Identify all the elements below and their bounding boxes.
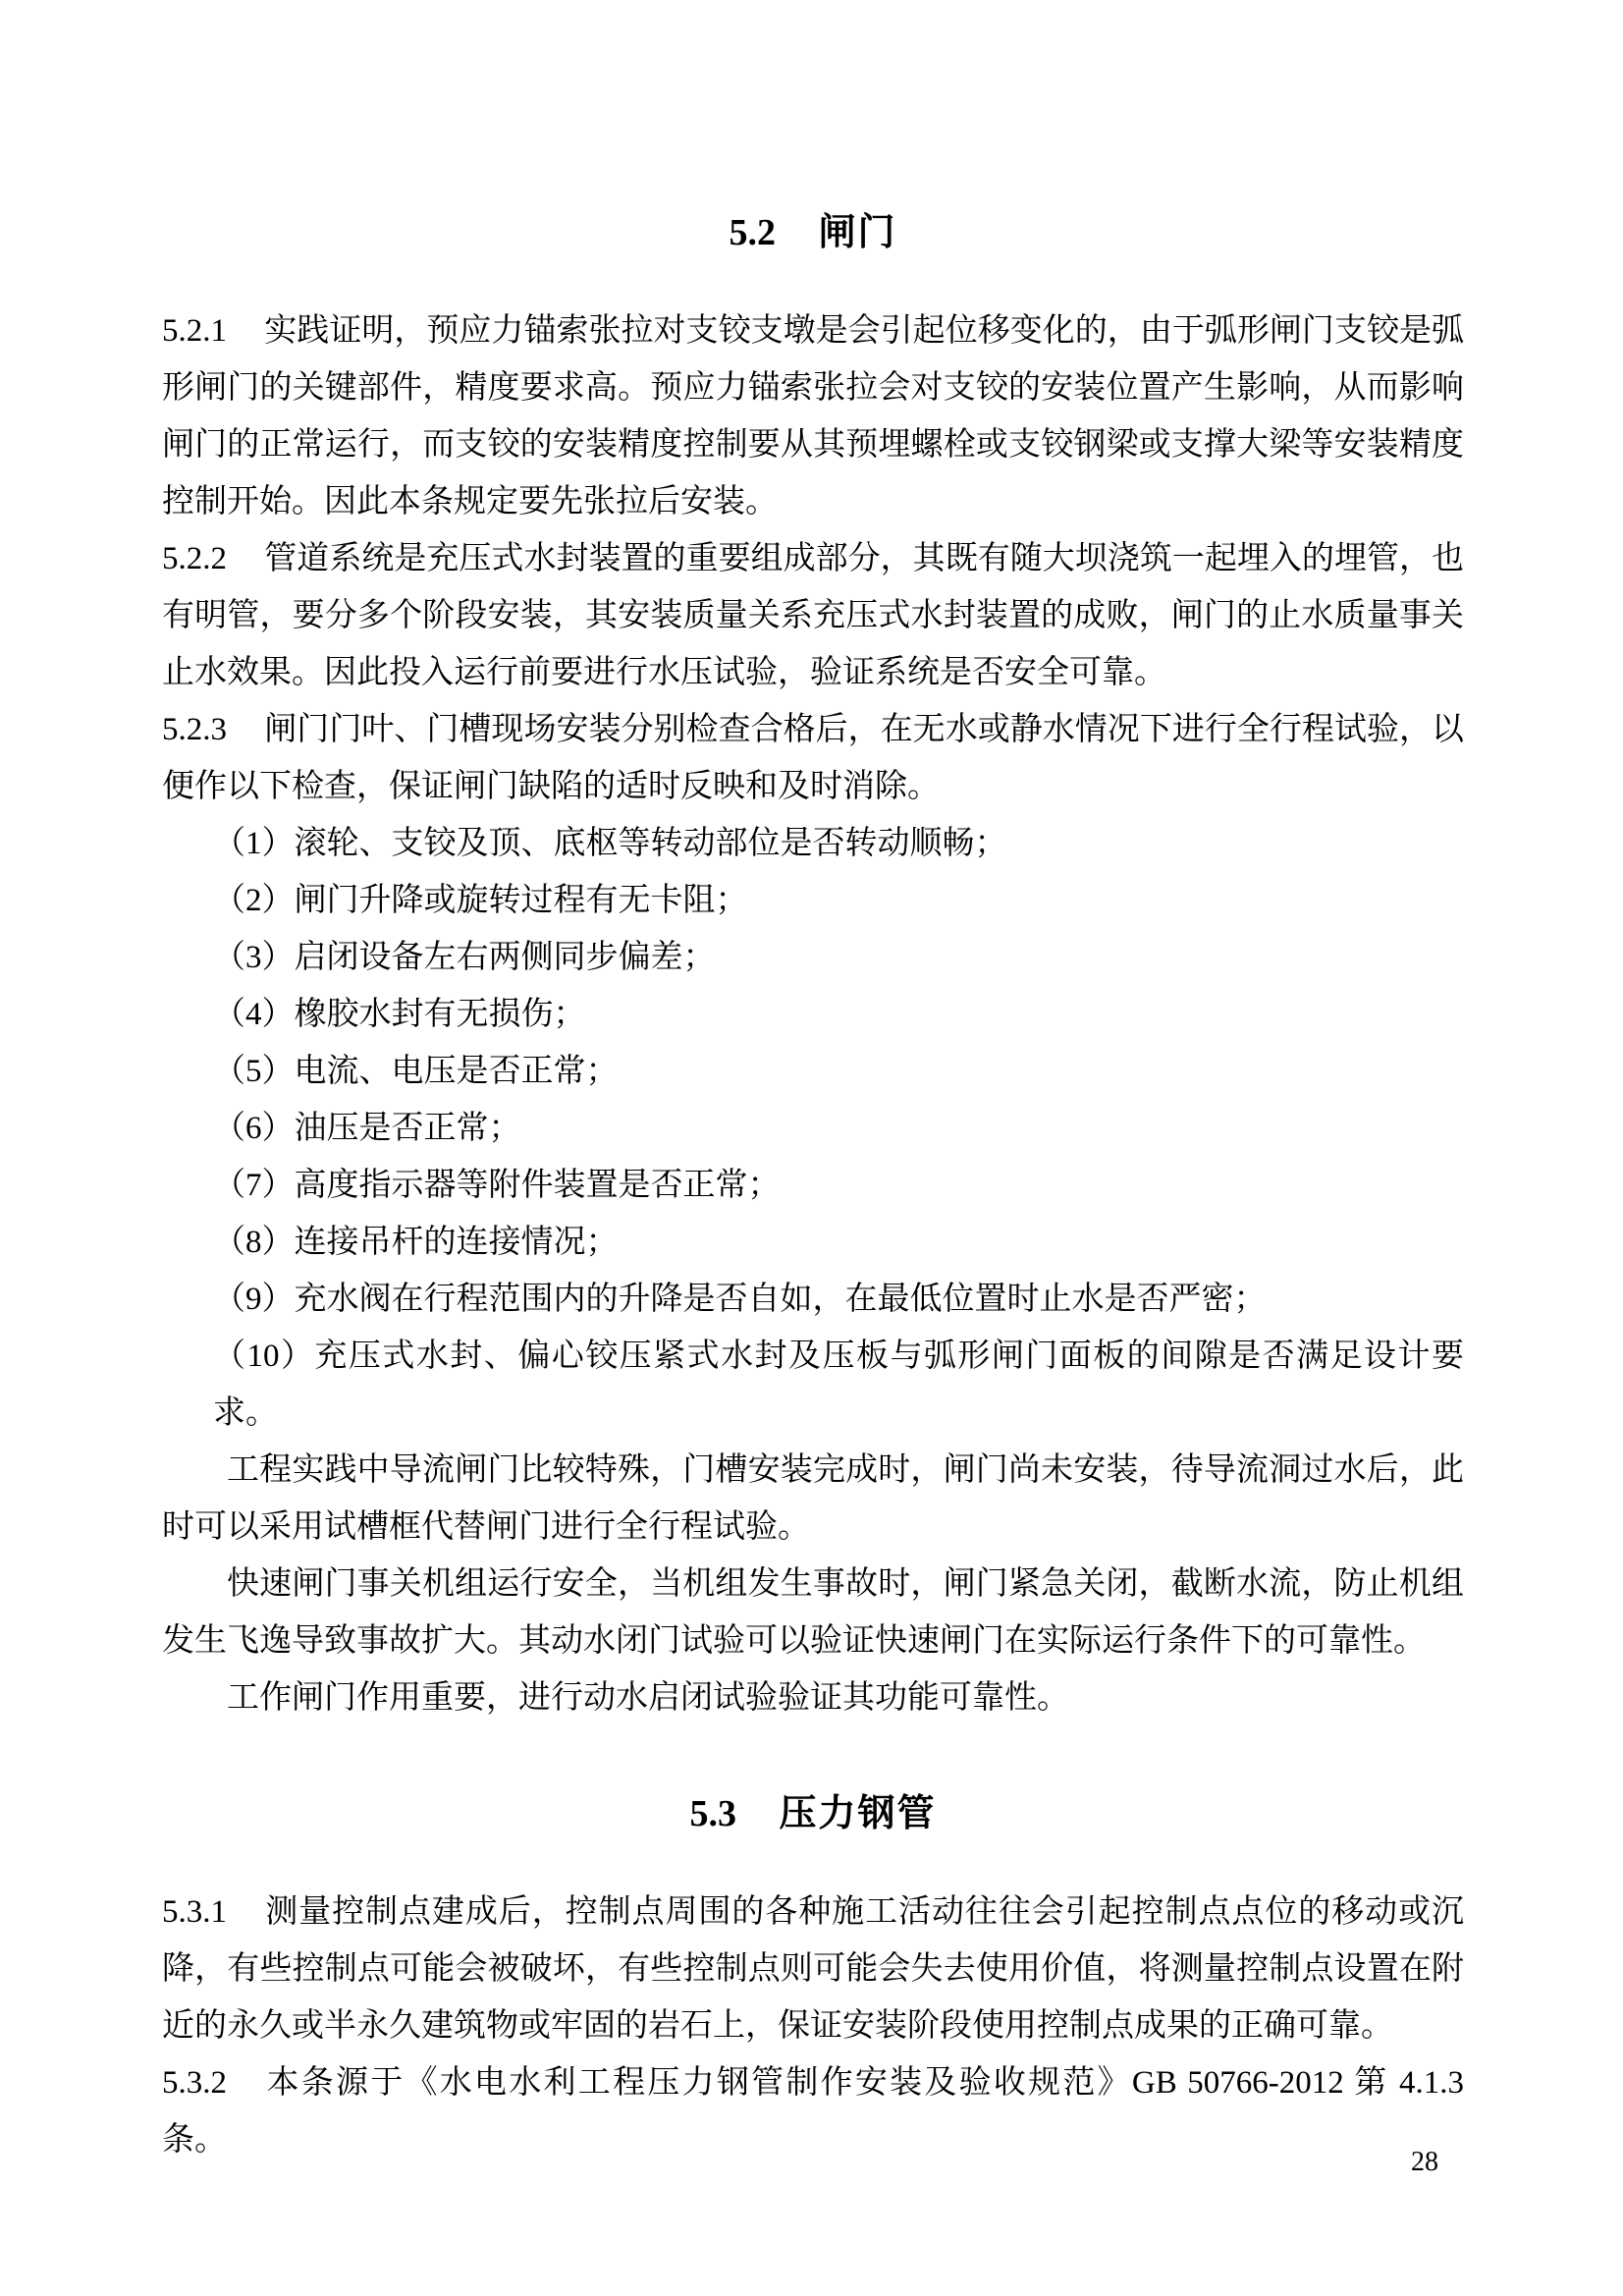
clause-number: 5.3.1 [162,1894,227,1930]
section-title: 压力钢管 [779,1793,936,1834]
clause-number: 5.2.1 [162,313,227,349]
clause-text: 测量控制点建成后，控制点周围的各种施工活动往往会引起控制点点位的移动或沉降，有些… [162,1894,1464,2044]
clause-number: 5.2.2 [162,541,227,576]
check-item-9: （9）充水阀在行程范围内的升降是否自如，在最低位置时止水是否严密； [162,1271,1464,1328]
document-page: 5.2 闸门 5.2.1 实践证明，预应力锚索张拉对支铰支墩是会引起位移变化的，… [0,0,1623,2296]
section-title: 闸门 [818,212,896,253]
clause-text: 管道系统是充压式水封装置的重要组成部分，其既有随大坝浇筑一起埋入的埋管，也有明管… [162,541,1464,690]
clause-5-2-1: 5.2.1 实践证明，预应力锚索张拉对支铰支墩是会引起位移变化的，由于弧形闸门支… [162,302,1464,530]
check-item-8: （8）连接吊杆的连接情况； [162,1214,1464,1271]
check-item-3: （3）启闭设备左右两侧同步偏差； [162,929,1464,986]
check-item-4: （4）橡胶水封有无损伤； [162,986,1464,1043]
section-number: 5.3 [689,1793,736,1834]
clause-5-2-3: 5.2.3 闸门门叶、门槽现场安装分别检查合格后，在无水或静水情况下进行全行程试… [162,701,1464,815]
clause-5-3-1: 5.3.1 测量控制点建成后，控制点周围的各种施工活动往往会引起控制点点位的移动… [162,1884,1464,2054]
clause-text: 本条源于《水电水利工程压力钢管制作安装及验收规范》GB 50766-2012 第… [162,2065,1464,2158]
clause-text: 闸门门叶、门槽现场安装分别检查合格后，在无水或静水情况下进行全行程试验，以便作以… [162,712,1464,804]
paragraph-working-gate: 工作闸门作用重要，进行动水启闭试验验证其功能可靠性。 [162,1669,1464,1726]
clause-text: 实践证明，预应力锚索张拉对支铰支墩是会引起位移变化的，由于弧形闸门支铰是弧形闸门… [162,313,1464,519]
section-heading-penstock: 5.3 压力钢管 [162,1789,1464,1838]
page-content: 5.2 闸门 5.2.1 实践证明，预应力锚索张拉对支铰支墩是会引起位移变化的，… [162,208,1464,2168]
clause-number: 5.3.2 [162,2065,227,2101]
page-number: 28 [162,2146,1438,2179]
paragraph-diversion-gate: 工程实践中导流闸门比较特殊，门槽安装完成时，闸门尚未安装，待导流洞过水后，此时可… [162,1442,1464,1556]
check-item-6: （6）油压是否正常； [162,1100,1464,1157]
clause-number: 5.2.3 [162,712,227,747]
paragraph-quick-gate: 快速闸门事关机组运行安全，当机组发生事故时，闸门紧急关闭，截断水流，防止机组发生… [162,1556,1464,1669]
check-item-5: （5）电流、电压是否正常； [162,1043,1464,1100]
check-item-10: （10）充压式水封、偏心铰压紧式水封及压板与弧形闸门面板的间隙是否满足设计要求。 [162,1328,1464,1442]
check-item-1: （1）滚轮、支铰及顶、底枢等转动部位是否转动顺畅； [162,815,1464,872]
clause-5-2-2: 5.2.2 管道系统是充压式水封装置的重要组成部分，其既有随大坝浇筑一起埋入的埋… [162,530,1464,701]
section-heading-gates: 5.2 闸门 [162,208,1464,257]
check-item-7: （7）高度指示器等附件装置是否正常； [162,1157,1464,1214]
gate-inspection-checklist: （1）滚轮、支铰及顶、底枢等转动部位是否转动顺畅； （2）闸门升降或旋转过程有无… [162,815,1464,1442]
check-item-2: （2）闸门升降或旋转过程有无卡阻； [162,872,1464,929]
section-number: 5.2 [729,212,776,253]
